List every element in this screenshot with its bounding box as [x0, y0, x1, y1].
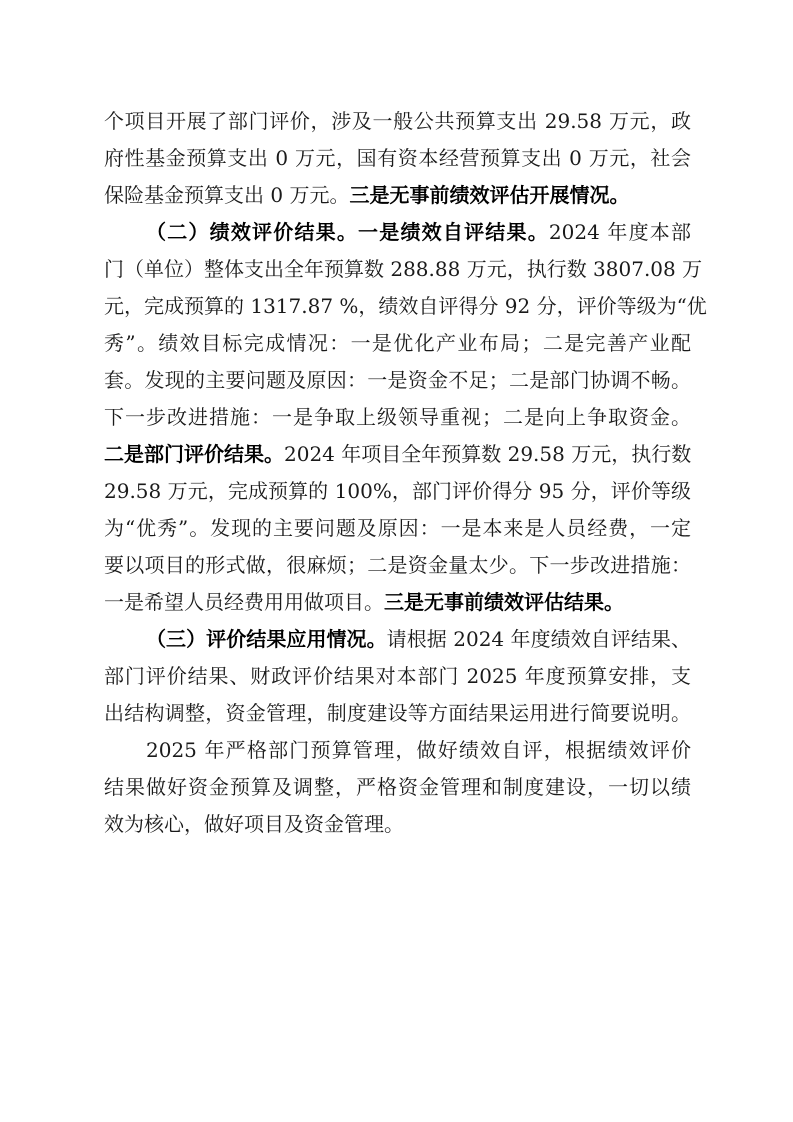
text-span: 2024 年项目全年预算数 29.58 万元，执行数 — [284, 442, 691, 466]
text-line: 一是希望人员经费用用做项目。三是无事前绩效评估结果。 — [104, 584, 691, 621]
paragraph-2025-plan: 2025 年严格部门预算管理，做好绩效自评，根据绩效评价 结果做好资金预算及调整… — [104, 732, 691, 843]
text-span: 保险基金预算支出 0 万元。 — [104, 183, 349, 207]
text-line: 要以项目的形式做，很麻烦；二是资金量太少。下一步改进措施： — [104, 547, 691, 584]
text-line: 个项目开展了部门评价，涉及一般公共预算支出 29.58 万元，政 — [104, 103, 691, 140]
bold-heading-span: 三是无事前绩效评估开展情况。 — [349, 183, 629, 207]
text-line: 府性基金预算支出 0 万元，国有资本经营预算支出 0 万元，社会 — [104, 140, 691, 177]
text-line: 出结构调整，资金管理，制度建设等方面结果运用进行简要说明。 — [104, 695, 691, 732]
paragraph-department-evaluation-summary: 个项目开展了部门评价，涉及一般公共预算支出 29.58 万元，政 府性基金预算支… — [104, 103, 691, 214]
text-line: 秀”。绩效目标完成情况：一是优化产业布局；二是完善产业配 — [104, 325, 691, 362]
document-page: 个项目开展了部门评价，涉及一般公共预算支出 29.58 万元，政 府性基金预算支… — [104, 103, 691, 843]
text-line: 部门评价结果、财政评价结果对本部门 2025 年度预算安排，支 — [104, 658, 691, 695]
text-line: 2025 年严格部门预算管理，做好绩效自评，根据绩效评价 — [104, 732, 691, 769]
text-span: 一是希望人员经费用用做项目。 — [104, 590, 384, 614]
text-line: 保险基金预算支出 0 万元。三是无事前绩效评估开展情况。 — [104, 177, 691, 214]
section-heading-3: （三）评价结果应用情况。 — [146, 627, 387, 651]
text-line: 门（单位）整体支出全年预算数 288.88 万元，执行数 3807.08 万 — [104, 251, 691, 288]
section-heading-2: （二）绩效评价结果。一是绩效自评结果。 — [146, 220, 549, 244]
text-line: 套。发现的主要问题及原因：一是资金不足；二是部门协调不畅。 — [104, 362, 691, 399]
text-line: 下一步改进措施：一是争取上级领导重视；二是向上争取资金。 — [104, 399, 691, 436]
text-line: （三）评价结果应用情况。请根据 2024 年度绩效自评结果、 — [104, 621, 691, 658]
text-line: （二）绩效评价结果。一是绩效自评结果。2024 年度本部 — [104, 214, 691, 251]
text-line: 结果做好资金预算及调整，严格资金管理和制度建设，一切以绩 — [104, 769, 691, 806]
text-span: 2024 年度本部 — [549, 220, 691, 244]
text-line: 元，完成预算的 1317.87 %，绩效自评得分 92 分，评价等级为“优 — [104, 288, 691, 325]
text-line: 二是部门评价结果。2024 年项目全年预算数 29.58 万元，执行数 — [104, 436, 691, 473]
bold-heading-span: 二是部门评价结果。 — [104, 442, 284, 466]
paragraph-results-application: （三）评价结果应用情况。请根据 2024 年度绩效自评结果、 部门评价结果、财政… — [104, 621, 691, 732]
text-span: 请根据 2024 年度绩效自评结果、 — [387, 627, 691, 651]
text-line: 为“优秀”。发现的主要问题及原因：一是本来是人员经费，一定 — [104, 510, 691, 547]
paragraph-performance-results: （二）绩效评价结果。一是绩效自评结果。2024 年度本部 门（单位）整体支出全年… — [104, 214, 691, 621]
bold-heading-span: 三是无事前绩效评估结果。 — [384, 590, 624, 614]
text-line: 效为核心，做好项目及资金管理。 — [104, 806, 691, 843]
text-line: 29.58 万元，完成预算的 100%，部门评价得分 95 分，评价等级 — [104, 473, 691, 510]
